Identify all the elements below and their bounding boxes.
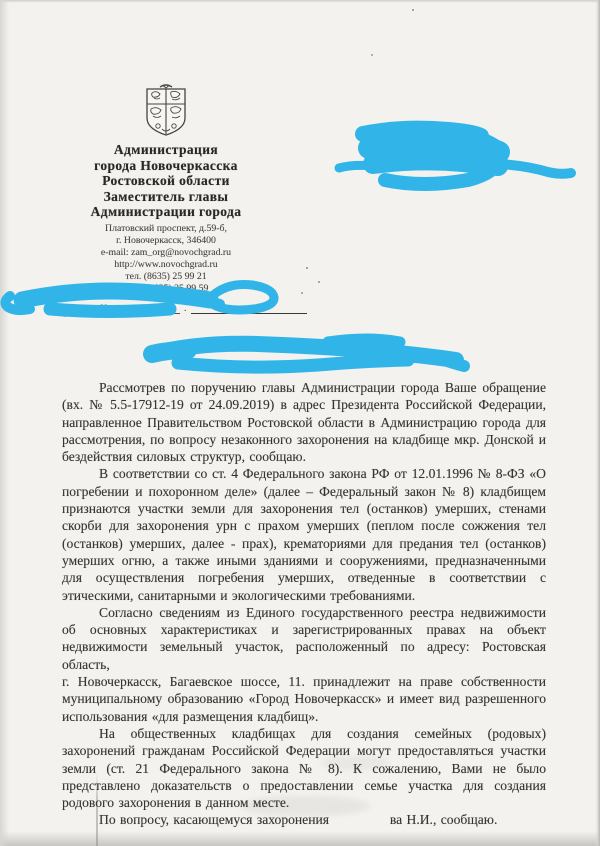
scan-speck [318, 281, 320, 283]
closing-text-before: По вопросу, касающемуся захоронения [99, 812, 329, 827]
redaction-scribble-reference [0, 276, 290, 326]
letterhead-org-line: Заместитель главы [58, 189, 274, 205]
paragraph-registry-part1: Согласно сведениям из Единого государств… [62, 604, 546, 673]
closing-text-after: ва Н.И., сообщаю. [390, 812, 498, 827]
scan-speck [371, 54, 373, 56]
scan-speck [306, 267, 308, 269]
paragraph-registry-part2: г. Новочеркасск, Багаевское шоссе, 11. п… [62, 673, 546, 725]
paragraph-family-plots: На общественных кладбищах для создания с… [62, 725, 546, 811]
letterhead-city: г. Новочеркасск, 346400 [58, 235, 274, 247]
closing-line: По вопросу, касающемуся захоронения ва Н… [62, 811, 546, 828]
scan-speck [412, 9, 414, 11]
letterhead: Администрация города Новочеркасска Росто… [58, 84, 274, 295]
paragraph-law-definition: В соответствии со ст. 4 Федерального зак… [62, 465, 546, 603]
letterhead-website: http://www.novochgrad.ru [58, 259, 274, 271]
letterhead-org-line: Администрация [58, 142, 274, 158]
letter-body: Рассмотрев по поручению главы Администра… [62, 379, 546, 829]
letterhead-street: Платовский проспект, д.59-б, [58, 223, 274, 235]
scanned-letter-page: Администрация города Новочеркасска Росто… [0, 0, 600, 846]
letterhead-email: e-mail: zam_org@novochgrad.ru [58, 247, 274, 259]
redaction-scribble-middle [138, 330, 478, 376]
scan-speck [301, 292, 303, 294]
redaction-scribble-top-right [333, 118, 578, 198]
letterhead-org-line: Администрации города [58, 204, 274, 220]
letterhead-org-line: Ростовской области [58, 173, 274, 189]
coat-of-arms-icon [144, 84, 188, 138]
paragraph-intro: Рассмотрев по поручению главы Администра… [62, 379, 546, 465]
letterhead-org-line: города Новочеркасска [58, 158, 274, 174]
